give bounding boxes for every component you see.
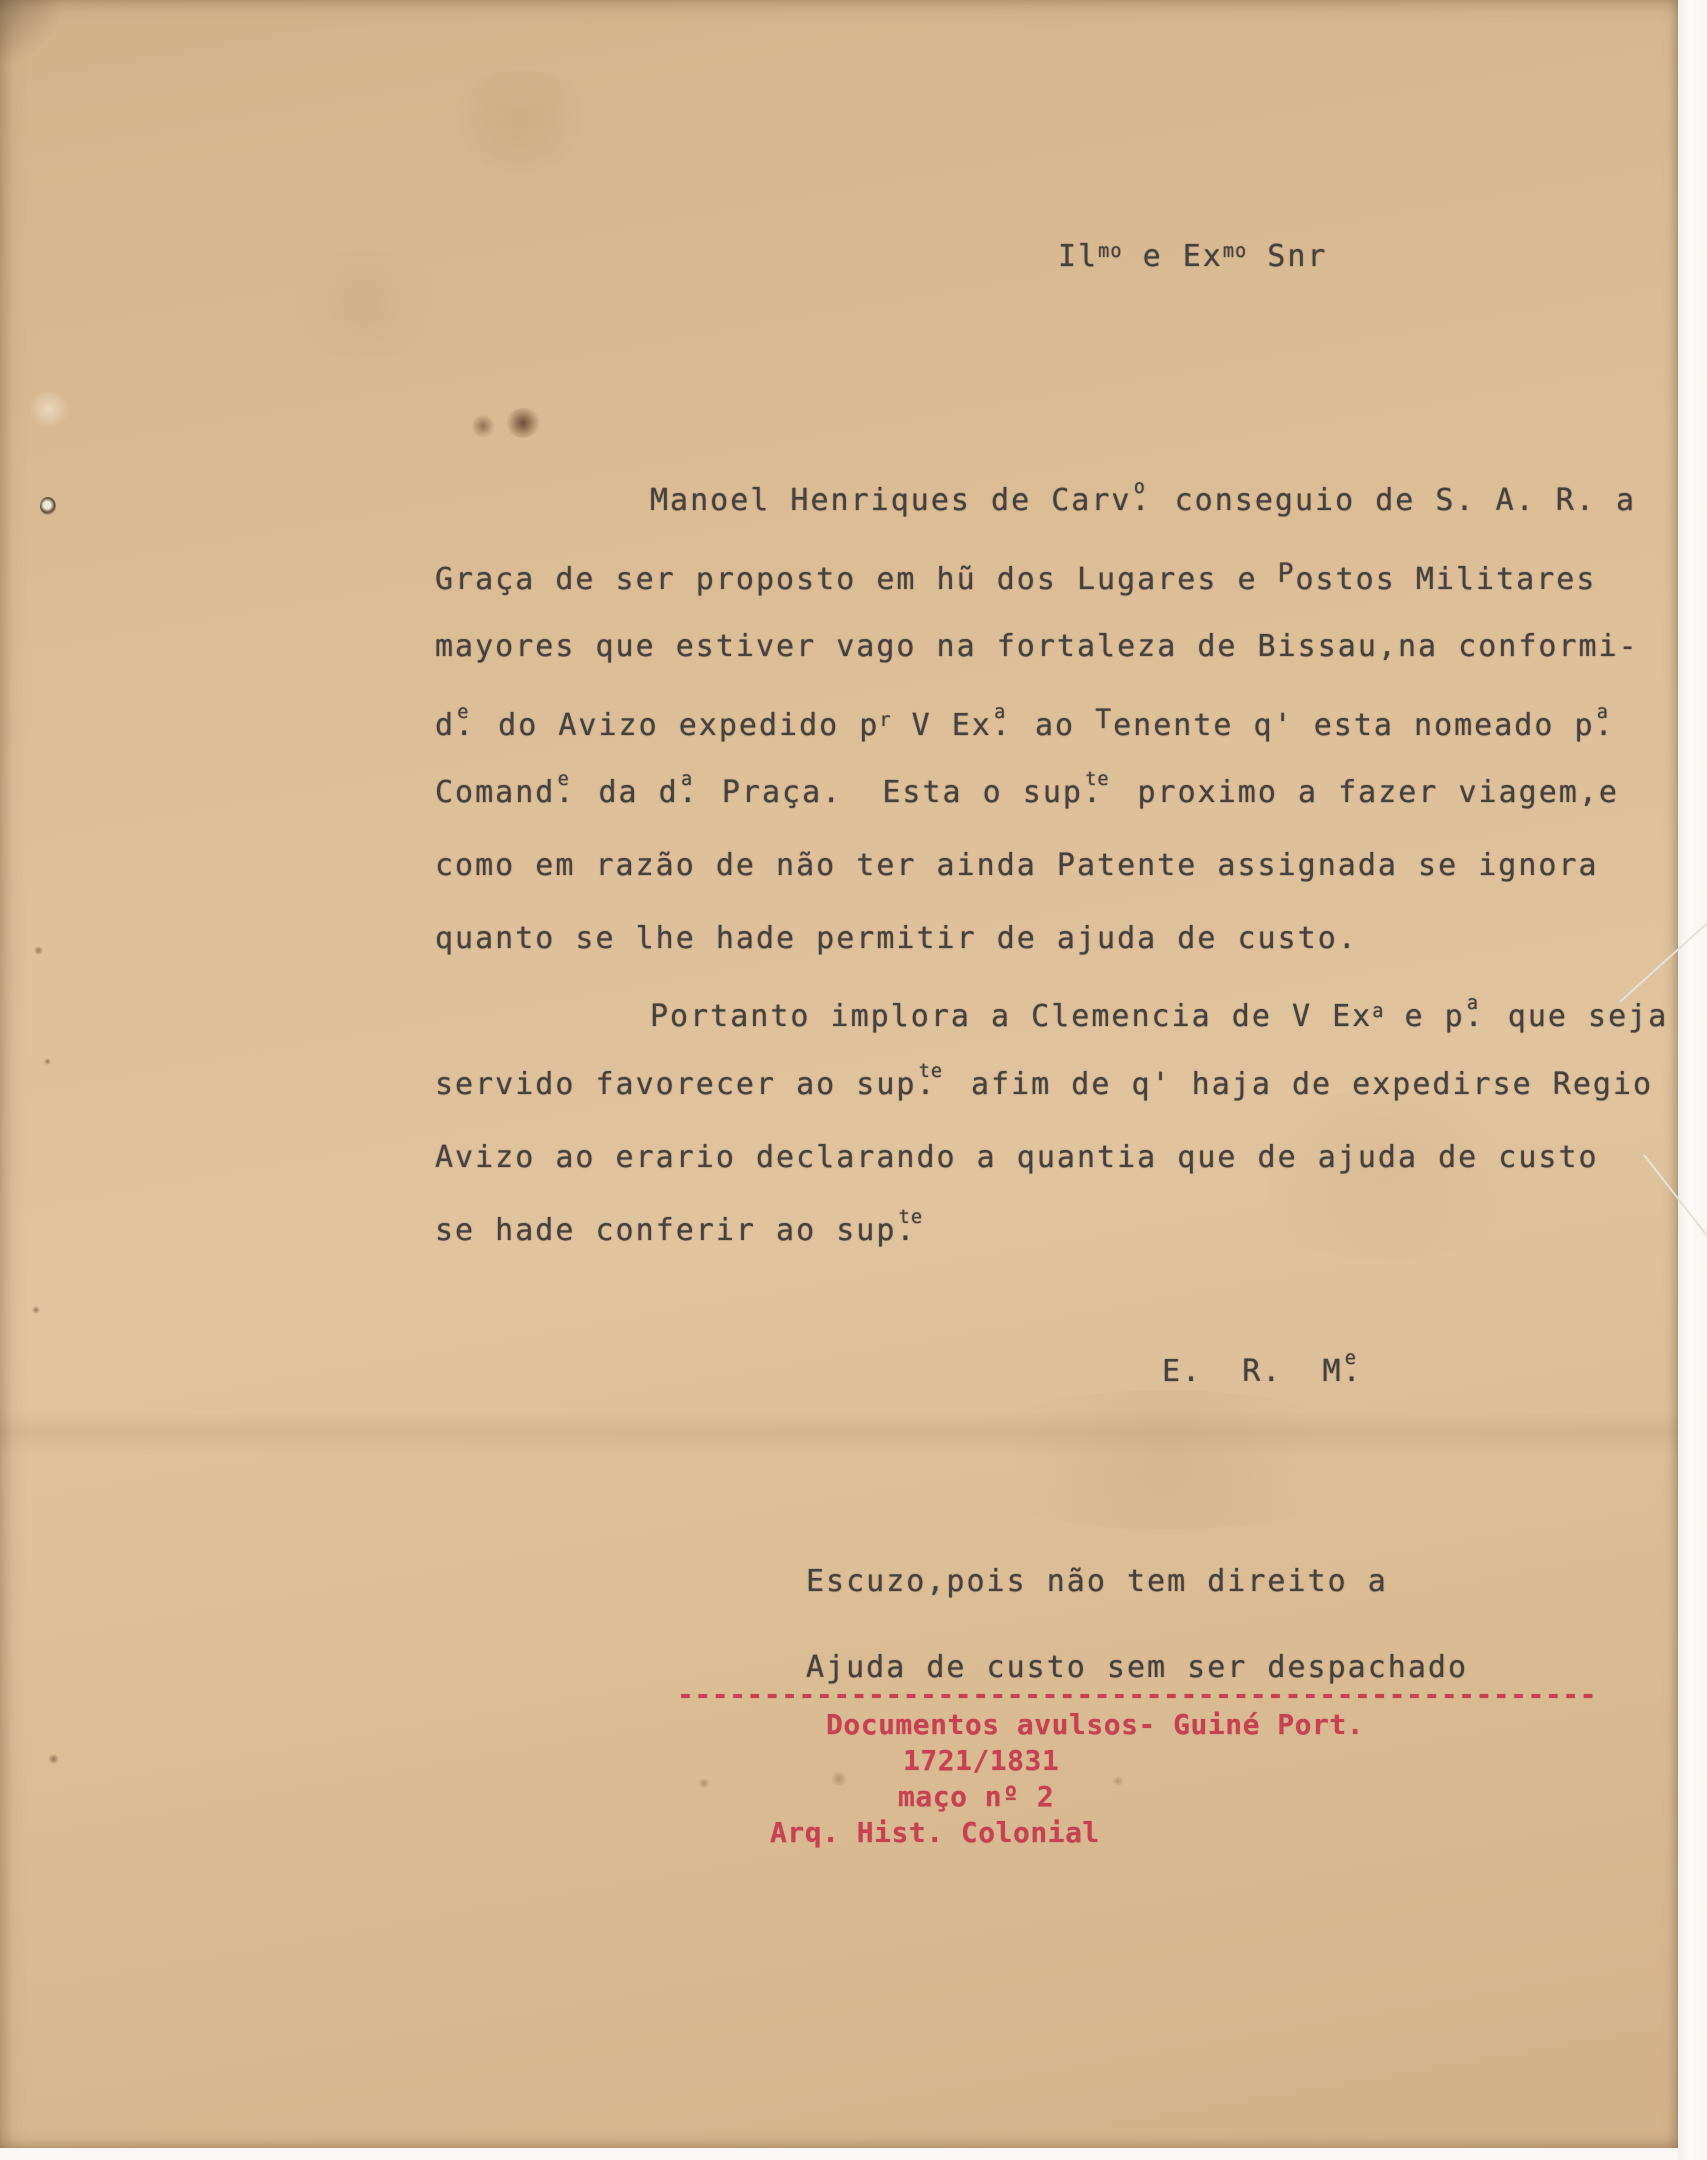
ink-stain: [506, 408, 540, 438]
stamp-divider: ----------------------------------------…: [677, 1678, 1597, 1712]
stamp-bundle: maço nº 2: [898, 1780, 1054, 1814]
letter-line: Avizo ao erario declarando a quantia que…: [435, 1121, 1665, 1194]
letter-line: quanto se lhe hade permitir de ajuda de …: [435, 902, 1665, 975]
letter-line: Graça de ser proposto em hũ dos Lugares …: [435, 537, 1665, 610]
paper-speck: [1112, 1776, 1124, 1786]
letter-line: se hade conferir ao supte.: [435, 1194, 1665, 1267]
paper-crease: [0, 1412, 1680, 1456]
ink-stain: [470, 415, 496, 437]
letter-line: como em razão de não ter ainda Patente a…: [435, 829, 1665, 902]
letter-line: mayores que estiver vago na fortaleza de…: [435, 610, 1665, 683]
document-scan: Ilmo e Exmo Snr Manoel Henriques de Carv…: [0, 0, 1707, 2160]
paper-speck: [44, 1058, 51, 1065]
stain-corner: [0, 0, 70, 70]
paper-speck: [48, 1754, 59, 1764]
letter-paper: Ilmo e Exmo Snr Manoel Henriques de Carv…: [0, 0, 1680, 2148]
stain-blotch: [440, 70, 600, 170]
salutation: Ilmo e Exmo Snr: [1058, 229, 1327, 280]
letter-line: Portanto implora a Clemencia de V Exa e …: [435, 975, 1665, 1048]
stain-blotch: [280, 250, 450, 360]
letter-line: servido favorecer ao supte. afim de q' h…: [435, 1048, 1665, 1121]
clerk-note-line: Escuzo,pois não tem direito a: [806, 1539, 1468, 1625]
paper-hole: [40, 497, 56, 515]
letter-line: de. do Avizo expedido pr V Exa. ao Tenen…: [435, 683, 1665, 756]
letter-body: Manoel Henriques de Carvo. conseguio de …: [435, 464, 1665, 1267]
closing-formula: E. R. Me.: [1162, 1352, 1366, 1392]
scan-background: [1678, 0, 1707, 2160]
paper-speck: [34, 946, 43, 955]
paper-speck: [830, 1772, 848, 1786]
stamp-archive: Arq. Hist. Colonial: [770, 1816, 1100, 1850]
paper-scuff: [26, 392, 72, 426]
letter-line: Manoel Henriques de Carvo. conseguio de …: [435, 464, 1665, 537]
stamp-collection: Documentos avulsos- Guiné Port.: [826, 1708, 1364, 1742]
stamp-years: 1721/1831: [903, 1744, 1059, 1778]
paper-speck: [698, 1778, 710, 1788]
letter-line: Comande. da da. Praça. Esta o supte. pro…: [435, 756, 1665, 829]
paper-speck: [32, 1306, 40, 1314]
stain-blotch: [950, 1390, 1380, 1530]
